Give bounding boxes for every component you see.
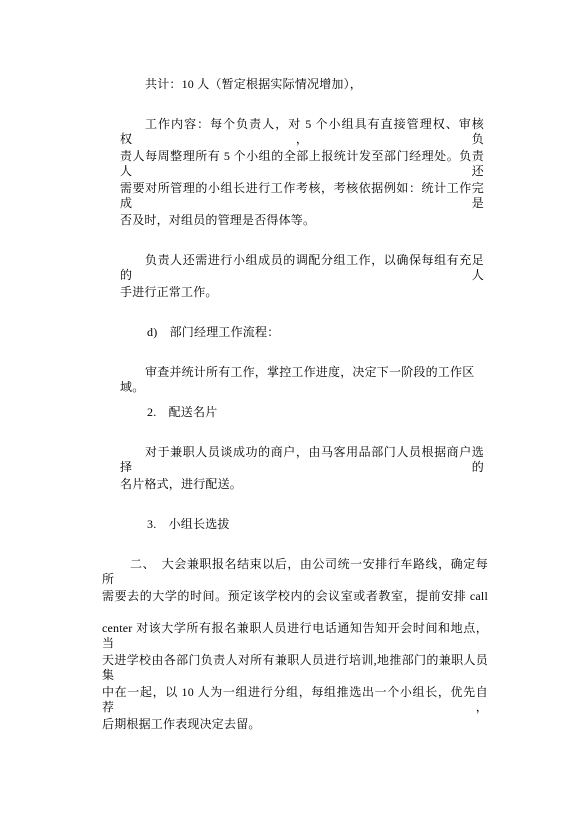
doc-line: 中在一起，以 10 人为一组进行分组，每组推选出一个小组长，优先自荐， — [102, 685, 488, 715]
doc-line: 名片格式，进行配送。 — [120, 477, 484, 492]
doc-line: 需要去的大学的时间。预定该学校内的会议室或者教室，提前安排 call — [102, 589, 488, 604]
doc-line: 工作内容：每个负责人，对 5 个小组具有直接管理权、审核权，负 — [120, 117, 484, 147]
doc-line: 二、 大会兼职报名结束以后，由公司统一安排行车路线，确定每所 — [102, 557, 488, 587]
doc-line: center 对该大学所有报名兼职人员进行电话通知告知开会时间和地点，当 — [102, 621, 488, 651]
doc-line: 天进学校由各部门负责人对所有兼职人员进行培训,地推部门的兼职人员集 — [102, 653, 488, 683]
doc-line: 审查并统计所有工作，掌控工作进度，决定下一阶段的工作区域。 — [120, 365, 484, 395]
list-item-line: 3. 小组长选拔 — [147, 517, 484, 532]
list-item-line: d) 部门经理工作流程： — [147, 325, 484, 340]
doc-line: 共计：10 人（暂定根据实际情况增加）， — [120, 77, 484, 92]
doc-line: 责人每周整理所有 5 个小组的全部上报统计发至部门经理处。负责人还 — [120, 149, 484, 179]
doc-line: 需要对所管理的小组长进行工作考核，考核依据例如：统计工作完成是 — [120, 181, 484, 211]
doc-line: 否及时，对组员的管理是否得体等。 — [120, 213, 484, 228]
doc-line: 对于兼职人员谈成功的商户，由马客用品部门人员根据商户选择的 — [120, 445, 484, 475]
doc-line: 负责人还需进行小组成员的调配分组工作，以确保每组有充足的人 — [120, 253, 484, 283]
doc-line: 后期根据工作表现决定去留。 — [102, 717, 488, 732]
document-page: 共计：10 人（暂定根据实际情况增加）， 工作内容：每个负责人，对 5 个小组具… — [0, 0, 578, 820]
doc-line: 手进行正常工作。 — [120, 285, 484, 300]
list-item-line: 2. 配送名片 — [147, 405, 484, 420]
